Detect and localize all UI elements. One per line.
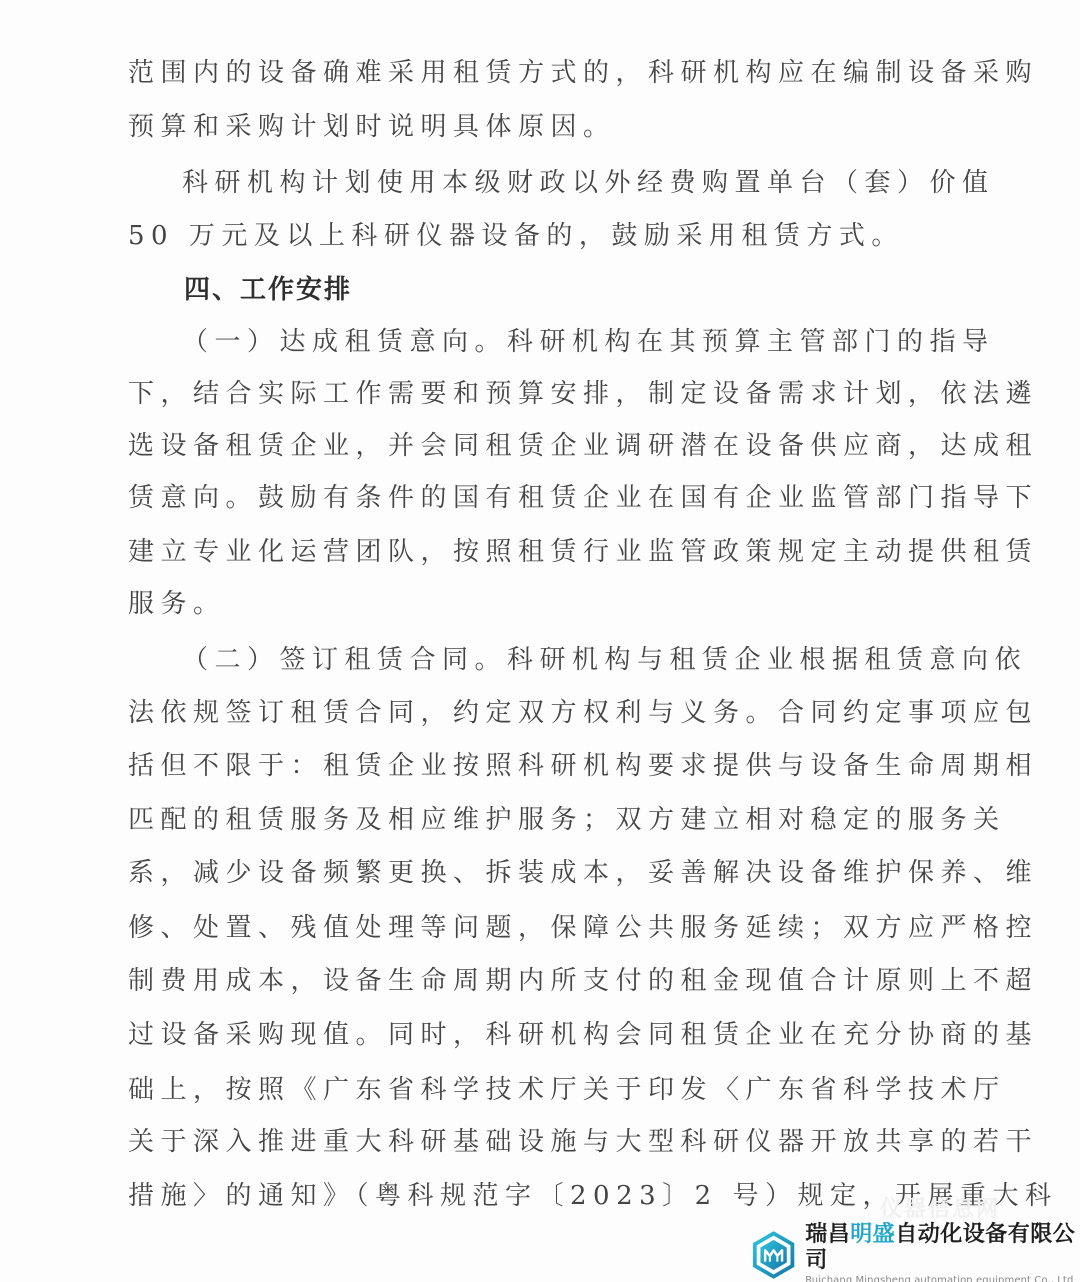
text-line: 选设备租赁企业，并会同租赁企业调研潜在设备供应商，达成租 <box>128 426 920 466</box>
text-line: 范围内的设备确难采用租赁方式的，科研机构应在编制设备采购 <box>128 53 920 93</box>
company-name: 瑞昌明盛自动化设备有限公司 <box>805 1222 1080 1274</box>
text-line: 下，结合实际工作需要和预算安排，制定设备需求计划，依法遴 <box>128 374 920 414</box>
section-heading: 四、工作安排 <box>184 270 976 310</box>
text-line: 括但不限于：租赁企业按照科研机构要求提供与设备生命周期相 <box>128 746 920 786</box>
document-page: 范围内的设备确难采用租赁方式的，科研机构应在编制设备采购预算和采购计划时说明具体… <box>0 0 1080 1282</box>
text-line: 关于深入推进重大科研基础设施与大型科研仪器开放共享的若干 <box>128 1122 920 1162</box>
text-line: 制费用成本，设备生命周期内所支付的租金现值合计原则上不超 <box>128 961 920 1001</box>
text-line: 匹配的租赁服务及相应维护服务；双方建立相对稳定的服务关 <box>128 800 920 840</box>
company-name-en: Ruichang Mingsheng automation equipment … <box>805 1274 1080 1282</box>
watermark: 仪器信息网 <box>880 1192 1000 1223</box>
text-line: 过设备采购现值。同时，科研机构会同租赁企业在充分协商的基 <box>128 1015 920 1055</box>
brand-footer: 瑞昌明盛自动化设备有限公司 Ruichang Mingsheng automat… <box>752 1230 1080 1280</box>
text-line: 系，减少设备频繁更换、拆装成本，妥善解决设备维护保养、维 <box>128 853 920 893</box>
text-line: 服务。 <box>128 584 920 624</box>
text-line: 预算和采购计划时说明具体原因。 <box>128 107 920 147</box>
text-line: 础上，按照《广东省科学技术厅关于印发〈广东省科学技术厅 <box>128 1070 920 1110</box>
text-line: 修、处置、残值处理等问题，保障公共服务延续；双方应严格控 <box>128 908 920 948</box>
text-line: 法依规签订租赁合同，约定双方权利与义务。合同约定事项应包 <box>128 693 920 733</box>
text-line: （一）达成租赁意向。科研机构在其预算主管部门的指导 <box>182 322 920 362</box>
text-line: 科研机构计划使用本级财政以外经费购置单台（套）价值 <box>182 163 920 203</box>
hexagon-mm-logo-icon <box>752 1230 795 1280</box>
text-line: 建立专业化运营团队，按照租赁行业监管政策规定主动提供租赁 <box>128 532 920 572</box>
text-line: （二）签订租赁合同。科研机构与租赁企业根据租赁意向依 <box>182 640 920 680</box>
text-line: 赁意向。鼓励有条件的国有租赁企业在国有企业监管部门指导下 <box>128 478 920 518</box>
text-line: 50 万元及以上科研仪器设备的，鼓励采用租赁方式。 <box>128 216 920 256</box>
text-line: 措施〉的通知》（粤科规范字〔2023〕2 号）规定，开展重大科 <box>128 1176 920 1216</box>
